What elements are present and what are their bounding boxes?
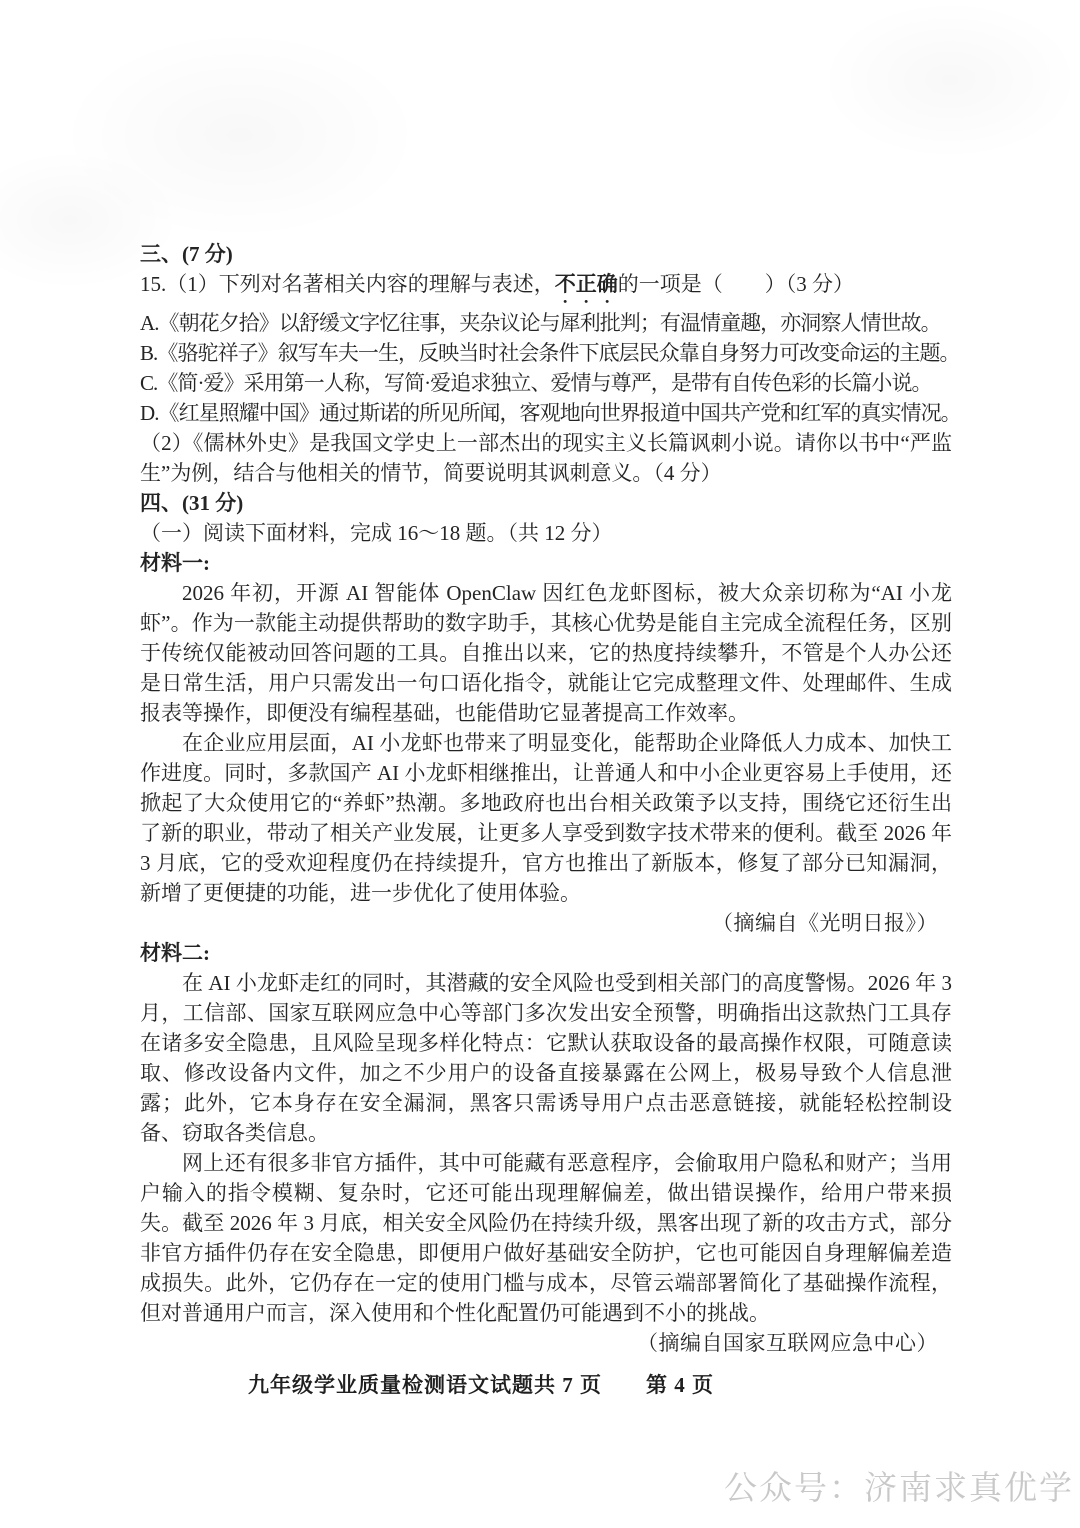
scan-artifact (60, 30, 420, 240)
option-d: D.《红星照耀中国》通过斯诺的所见所闻，客观地向世界报道中国共产党和红军的真实情… (140, 398, 952, 428)
material-one-label: 材料一: (140, 548, 952, 578)
material-one-citation: （摘编自《光明日报》） (140, 908, 952, 938)
page-footer: 九年级学业质量检测语文试题共 7 页 第 4 页 (0, 1369, 962, 1399)
question-15-prefix: 15.（1）下列对名著相关内容的理解与表述， (140, 272, 555, 296)
material-one-paragraph-1: 2026 年初，开源 AI 智能体 OpenClaw 因红色龙虾图标，被大众亲切… (140, 578, 952, 728)
material-two-paragraph-2: 网上还有很多非官方插件，其中可能藏有恶意程序，会偷取用户隐私和财产；当用户输入的… (140, 1148, 952, 1328)
question-15-suffix: 的一项是（ ）（3 分） (618, 272, 854, 296)
section-four-heading: 四、(31 分) (140, 488, 952, 518)
reading-instruction: （一）阅读下面材料，完成 16～18 题。（共 12 分） (140, 518, 952, 548)
scan-artifact (820, 0, 1080, 160)
exam-page: 三、(7 分) 15.（1）下列对名著相关内容的理解与表述，不正确的一项是（ ）… (0, 0, 1080, 1528)
option-c: C.《简·爱》采用第一人称，写简·爱追求独立、爱情与尊严，是带有自传色彩的长篇小… (140, 368, 952, 398)
watermark: 公众号：济南求真优学 (724, 1462, 1074, 1509)
material-two-citation: （摘编自国家互联网应急中心） (140, 1328, 952, 1358)
material-two-paragraph-1: 在 AI 小龙虾走红的同时，其潜藏的安全风险也受到相关部门的高度警惕。2026 … (140, 968, 952, 1148)
option-b: B.《骆驼祥子》叙写车夫一生，反映当时社会条件下底层民众靠自身努力可改变命运的主… (140, 338, 952, 368)
exam-content: 三、(7 分) 15.（1）下列对名著相关内容的理解与表述，不正确的一项是（ ）… (140, 239, 952, 1358)
question-15-emphasis: 不正确 (555, 272, 618, 296)
option-a: A.《朝花夕拾》以舒缓文字忆往事，夹杂议论与犀利批判；有温情童趣，亦洞察人情世故… (140, 308, 952, 338)
material-one-paragraph-2: 在企业应用层面，AI 小龙虾也带来了明显变化，能帮助企业降低人力成本、加快工作进… (140, 728, 952, 908)
material-two-label: 材料二: (140, 938, 952, 968)
question-15-part2: （2）《儒林外史》是我国文学史上一部杰出的现实主义长篇讽刺小说。请你以书中“严监… (140, 428, 952, 488)
section-three-heading: 三、(7 分) (140, 239, 952, 269)
question-15-line: 15.（1）下列对名著相关内容的理解与表述，不正确的一项是（ ）（3 分） (140, 269, 952, 308)
